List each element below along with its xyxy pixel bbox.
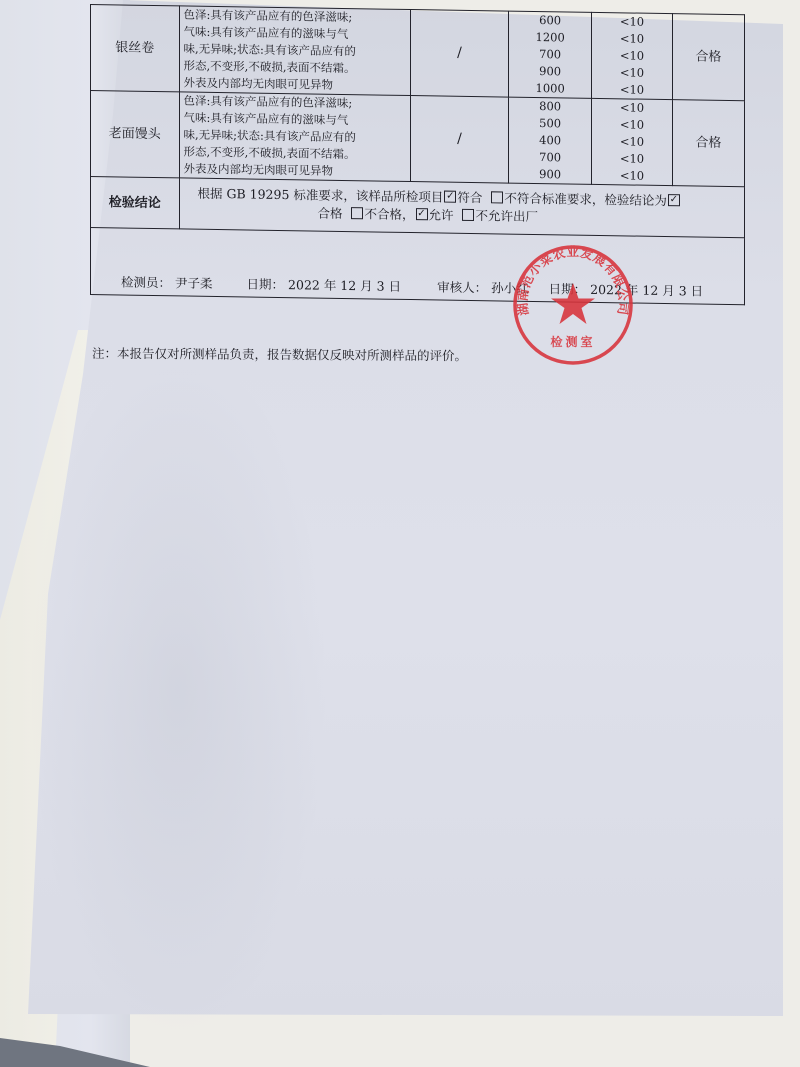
- result-status: 合格: [672, 14, 744, 101]
- test-method: /: [411, 96, 509, 184]
- checkbox-allow[interactable]: [416, 208, 428, 220]
- test-method: /: [411, 10, 509, 98]
- inspector-date-label: 日期：: [247, 276, 285, 292]
- signature-line: 检测员：尹子柔日期：2022 年 12 月 3 日审核人：孙小红日期：2022 …: [91, 228, 745, 305]
- inspection-results-table: 银丝卷 色泽:具有该产品应有的色泽滋味; 气味:具有该产品应有的滋味与气 味,无…: [90, 4, 745, 305]
- inspector-date: 2022 年 12 月 3 日: [288, 277, 401, 294]
- conclusion-text: 根据 GB 19295 标准要求，该样品所检项目符合 不符合标准要求，检验结论为…: [179, 178, 744, 238]
- measured-values: 800 500 400 700 900: [508, 97, 591, 184]
- reviewer-label: 审核人：: [437, 279, 487, 295]
- sensory-requirement: 色泽:具有该产品应有的色泽滋味; 气味:具有该产品应有的滋味与气 味,无异味;状…: [179, 92, 411, 182]
- reviewer-date: 2022 年 12 月 3 日: [590, 282, 703, 299]
- sensory-requirement: 色泽:具有该产品应有的色泽滋味; 气味:具有该产品应有的滋味与气 味,无异味;状…: [179, 6, 411, 96]
- result-status: 合格: [672, 100, 744, 187]
- reviewer-name: 孙小红: [491, 280, 529, 296]
- reviewer-date-label: 日期：: [549, 281, 587, 297]
- checkbox-fail[interactable]: [351, 207, 363, 219]
- measured-values: 600 1200 700 900 1000: [508, 11, 591, 98]
- limit-values: <10 <10 <10 <10 <10: [592, 98, 672, 185]
- checkbox-conform[interactable]: [444, 191, 456, 203]
- checkbox-disallow[interactable]: [462, 209, 474, 221]
- table-row: 老面馒头 色泽:具有该产品应有的色泽滋味; 气味:具有该产品应有的滋味与气 味,…: [91, 91, 745, 187]
- conclusion-prefix: 根据 GB 19295 标准要求，该样品所检项目: [198, 186, 444, 205]
- checkbox-nonconform[interactable]: [491, 191, 503, 203]
- conclusion-label: 检验结论: [91, 177, 180, 229]
- sample-name: 老面馒头: [91, 91, 180, 178]
- sample-name: 银丝卷: [91, 5, 180, 92]
- signature-row: 检测员：尹子柔日期：2022 年 12 月 3 日审核人：孙小红日期：2022 …: [91, 228, 745, 305]
- limit-values: <10 <10 <10 <10 <10: [592, 12, 672, 99]
- checkbox-pass[interactable]: [668, 194, 680, 206]
- table-row: 银丝卷 色泽:具有该产品应有的色泽滋味; 气味:具有该产品应有的滋味与气 味,无…: [91, 5, 745, 101]
- report-disclaimer-note: 注：本报告仅对所测样品负责，报告数据仅反映对所测样品的评价。: [92, 344, 467, 365]
- inspector-name: 尹子柔: [175, 275, 213, 291]
- inspector-label: 检测员：: [121, 274, 171, 290]
